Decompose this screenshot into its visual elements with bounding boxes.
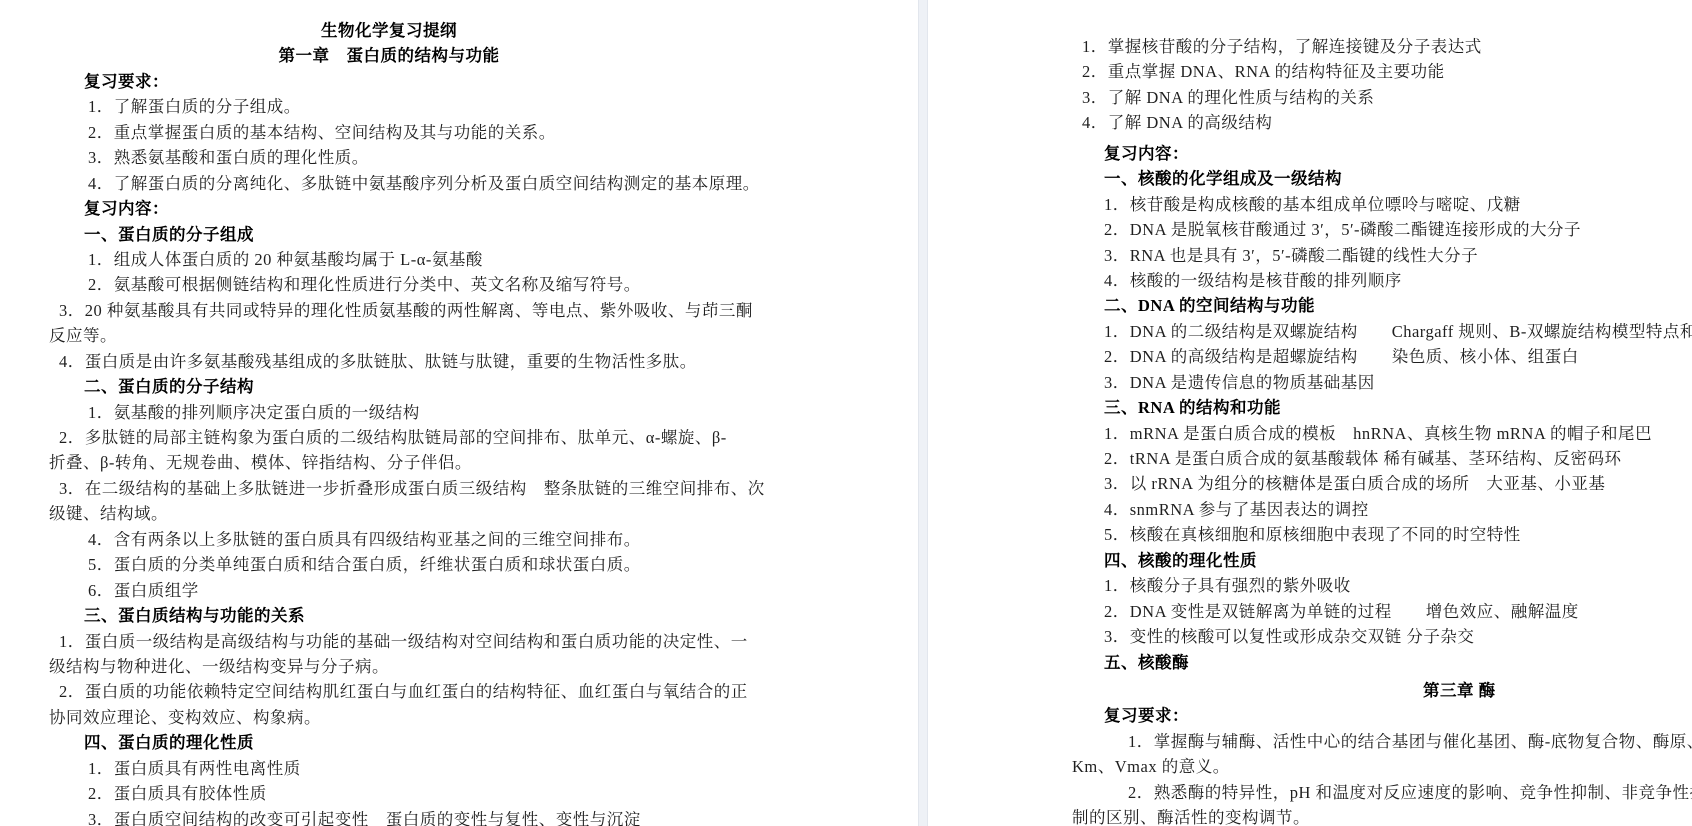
text-line: 级结构与物种进化、一级结构变异与分子病。 xyxy=(0,654,918,679)
text-line: 三、RNA 的结构和功能 xyxy=(928,395,1692,420)
text-line: 复习要求： xyxy=(0,69,918,94)
text-line: 1．掌握酶与辅酶、活性中心的结合基团与催化基团、酶-底物复合物、酶原、同 xyxy=(928,729,1692,754)
text-line: 复习要求： xyxy=(928,703,1692,728)
text-line: 3．变性的核酸可以复性或形成杂交双链 分子杂交 xyxy=(928,624,1692,649)
text-line: 2．熟悉酶的特异性，pH 和温度对反应速度的影响、竞争性抑制、非竞争性抑制 xyxy=(928,780,1692,805)
text-line: 3．在二级结构的基础上多肽链进一步折叠形成蛋白质三级结构 整条肽链的三维空间排布… xyxy=(0,476,918,501)
text-line: 2．重点掌握 DNA、RNA 的结构特征及主要功能 xyxy=(928,59,1692,84)
text-line: 一、核酸的化学组成及一级结构 xyxy=(928,166,1692,191)
text-line: 5．蛋白质的分类单纯蛋白质和结合蛋白质，纤维状蛋白质和球状蛋白质。 xyxy=(0,552,918,577)
text-line: 生物化学复习提纲 xyxy=(0,18,778,43)
text-line: 1．氨基酸的排列顺序决定蛋白质的一级结构 xyxy=(0,400,918,425)
text-line: 复习内容： xyxy=(928,141,1692,166)
text-line: 四、核酸的理化性质 xyxy=(928,548,1692,573)
text-line: 3．20 种氨基酸具有共同或特异的理化性质氨基酸的两性解离、等电点、紫外吸收、与… xyxy=(0,298,918,323)
text-line: 6．蛋白质组学 xyxy=(0,578,918,603)
text-line: 一、蛋白质的分子组成 xyxy=(0,222,918,247)
text-line: 2．多肽链的局部主链构象为蛋白质的二级结构肽链局部的空间排布、肽单元、α-螺旋、… xyxy=(0,425,918,450)
text-line: 1．核苷酸是构成核酸的基本组成单位嘌呤与嘧啶、戊糖 xyxy=(928,192,1692,217)
text-line: 二、DNA 的空间结构与功能 xyxy=(928,293,1692,318)
text-line: 1．mRNA 是蛋白质合成的模板 hnRNA、真核生物 mRNA 的帽子和尾巴 xyxy=(928,421,1692,446)
text-line: 1．蛋白质一级结构是高级结构与功能的基础一级结构对空间结构和蛋白质功能的决定性、… xyxy=(0,629,918,654)
text-line: 3．DNA 是遗传信息的物质基础基因 xyxy=(928,370,1692,395)
text-line: 二、蛋白质的分子结构 xyxy=(0,374,918,399)
page-gap-divider xyxy=(918,0,928,826)
text-line: Km、Vmax 的意义。 xyxy=(928,754,1692,779)
document-page-left[interactable]: 生物化学复习提纲第一章 蛋白质的结构与功能复习要求：1．了解蛋白质的分子组成。2… xyxy=(0,0,918,826)
text-line: 三、蛋白质结构与功能的关系 xyxy=(0,603,918,628)
text-line: 2．氨基酸可根据侧链结构和理化性质进行分类中、英文名称及缩写符号。 xyxy=(0,272,918,297)
text-line: 3．RNA 也是具有 3′，5′-磷酸二酯键的线性大分子 xyxy=(928,243,1692,268)
text-line: 4．蛋白质是由许多氨基酸残基组成的多肽链肽、肽链与肽键，重要的生物活性多肽。 xyxy=(0,349,918,374)
text-line: 2．蛋白质具有胶体性质 xyxy=(0,781,918,806)
text-line: 5．核酸在真核细胞和原核细胞中表现了不同的时空特性 xyxy=(928,522,1692,547)
text-line: 折叠、β-转角、无规卷曲、模体、锌指结构、分子伴侣。 xyxy=(0,450,918,475)
text-line: 制的区别、酶活性的变构调节。 xyxy=(928,805,1692,826)
text-line: 2．重点掌握蛋白质的基本结构、空间结构及其与功能的关系。 xyxy=(0,120,918,145)
text-line: 4．含有两条以上多肽链的蛋白质具有四级结构亚基之间的三维空间排布。 xyxy=(0,527,918,552)
text-line: 五、核酸酶 xyxy=(928,650,1692,675)
text-line: 反应等。 xyxy=(0,323,918,348)
text-line: 2．蛋白质的功能依赖特定空间结构肌红蛋白与血红蛋白的结构特征、血红蛋白与氧结合的… xyxy=(0,679,918,704)
text-line: 协同效应理论、变构效应、构象病。 xyxy=(0,705,918,730)
text-line: 1．DNA 的二级结构是双螺旋结构 Chargaff 规则、B-双螺旋结构模型特… xyxy=(928,319,1692,344)
text-line: 2．DNA 变性是双链解离为单链的过程 增色效应、融解温度 xyxy=(928,599,1692,624)
text-line: 2．DNA 的高级结构是超螺旋结构 染色质、核小体、组蛋白 xyxy=(928,344,1692,369)
text-line: 4．了解 DNA 的高级结构 xyxy=(928,110,1692,135)
text-line: 1．掌握核苷酸的分子结构，了解连接键及分子表达式 xyxy=(928,34,1692,59)
text-line: 1．蛋白质具有两性电离性质 xyxy=(0,756,918,781)
text-line: 4．了解蛋白质的分离纯化、多肽链中氨基酸序列分析及蛋白质空间结构测定的基本原理。 xyxy=(0,171,918,196)
text-line: 1．核酸分子具有强烈的紫外吸收 xyxy=(928,573,1692,598)
text-line: 3．以 rRNA 为组分的核糖体是蛋白质合成的场所 大亚基、小亚基 xyxy=(928,471,1692,496)
text-line: 2．tRNA 是蛋白质合成的氨基酸载体 稀有碱基、茎环结构、反密码环 xyxy=(928,446,1692,471)
text-line: 4．核酸的一级结构是核苷酸的排列顺序 xyxy=(928,268,1692,293)
page-right-text: 1．掌握核苷酸的分子结构，了解连接键及分子表达式2．重点掌握 DNA、RNA 的… xyxy=(928,0,1692,826)
text-line: 3．熟悉氨基酸和蛋白质的理化性质。 xyxy=(0,145,918,170)
text-line: 1．了解蛋白质的分子组成。 xyxy=(0,94,918,119)
text-line: 复习内容： xyxy=(0,196,918,221)
text-line: 3．了解 DNA 的理化性质与结构的关系 xyxy=(928,85,1692,110)
text-line: 四、蛋白质的理化性质 xyxy=(0,730,918,755)
page-left-text: 生物化学复习提纲第一章 蛋白质的结构与功能复习要求：1．了解蛋白质的分子组成。2… xyxy=(0,0,918,826)
text-line: 第一章 蛋白质的结构与功能 xyxy=(0,43,778,68)
text-line: 3．蛋白质空间结构的改变可引起变性 蛋白质的变性与复性、变性与沉淀 xyxy=(0,807,918,826)
text-line: 2．DNA 是脱氧核苷酸通过 3′，5′-磷酸二酯键连接形成的大分子 xyxy=(928,217,1692,242)
text-line: 4．snmRNA 参与了基因表达的调控 xyxy=(928,497,1692,522)
text-line: 第三章 酶 xyxy=(928,678,1692,703)
document-page-right[interactable]: 1．掌握核苷酸的分子结构，了解连接键及分子表达式2．重点掌握 DNA、RNA 的… xyxy=(928,0,1692,826)
text-line: 1．组成人体蛋白质的 20 种氨基酸均属于 L-α-氨基酸 xyxy=(0,247,918,272)
text-line: 级键、结构域。 xyxy=(0,501,918,526)
